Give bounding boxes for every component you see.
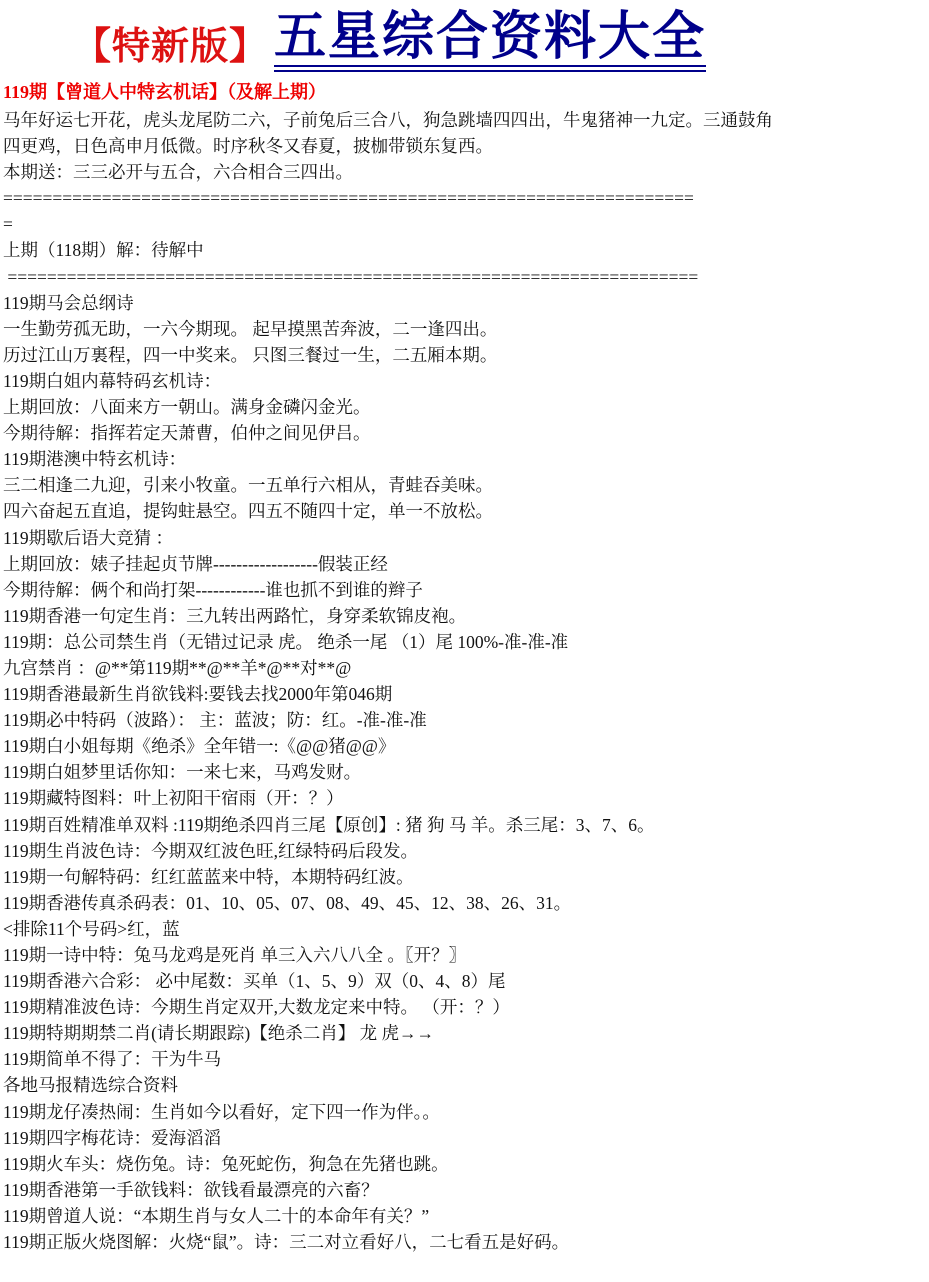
text-line: 119期香港一句定生肖：三九转出两路忙，身穿柔软锦皮袍。 (3, 603, 929, 629)
text-line: 今期待解：俩个和尚打架------------谁也抓不到谁的辫子 (3, 577, 929, 603)
text-line: 119期香港第一手欲钱料：欲钱看最漂亮的六畜？ (3, 1177, 929, 1203)
text-line: 上期（118期）解：待解中 (3, 237, 929, 263)
content-body: 马年好运七开花，虎头龙尾防二六，子前兔后三合八，狗急跳墙四四出，牛鬼猪神一九定。… (3, 107, 929, 1255)
text-line: 119期白姐梦里话你知：一来七来，马鸡发财。 (3, 759, 929, 785)
text-line: 119期白姐内幕特码玄机诗： (3, 368, 929, 394)
text-line: 119期一诗中特：兔马龙鸡是死肖 单三入六八八全 。〖开？〗 (3, 942, 929, 968)
lottery-info-sheet: 【特新版】 五星综合资料大全 119期【曾道人中特玄机话】（及解上期） 马年好运… (0, 0, 929, 1255)
text-line: 上期回放：婊子挂起贞节牌------------------假装正经 (3, 551, 929, 577)
separator-line: = (3, 211, 929, 237)
text-line: 119期龙仔凑热闹：生肖如今以看好，定下四一作为伴。。 (3, 1099, 929, 1125)
text-line: 119期白小姐每期《绝杀》全年错一:《@@猪@@》 (3, 733, 929, 759)
text-line: 119期百姓精准单双料 :119期绝杀四肖三尾【原创】: 猪 狗 马 羊。杀三尾… (3, 812, 929, 838)
page-header: 【特新版】 五星综合资料大全 (3, 6, 929, 78)
text-line: 历过江山万裏程，四一中奖来。 只图三餐过一生，二五厢本期。 (3, 342, 929, 368)
text-line: 119期歇后语大竞猜 ： (3, 525, 929, 551)
separator-line: ========================================… (3, 185, 929, 211)
text-line: 119期香港传真杀码表：01、10、05、07、08、49、45、12、38、2… (3, 890, 929, 916)
text-line: 119期正版火烧图解：火烧“鼠”。诗：三二对立看好八，二七看五是好码。 (3, 1229, 929, 1255)
issue-subtitle: 119期【曾道人中特玄机话】（及解上期） (3, 80, 929, 104)
separator-line: ========================================… (3, 264, 929, 290)
page-title: 五星综合资料大全 (274, 12, 706, 72)
text-line: 九宫禁肖 ：@**第119期**@**羊*@**对**@ (3, 655, 929, 681)
text-line: 119期简单不得了：干为牛马 (3, 1046, 929, 1072)
text-line: <排除11个号码>红，蓝 (3, 916, 929, 942)
text-line: 四更鸡，日色高申月低微。时序秋冬又春夏，披枷带锁东复西。 (3, 133, 929, 159)
text-line: 马年好运七开花，虎头龙尾防二六，子前兔后三合八，狗急跳墙四四出，牛鬼猪神一九定。… (3, 107, 929, 133)
text-line: 119期生肖波色诗：今期双红波色旺,红绿特码后段发。 (3, 838, 929, 864)
text-line: 119期：总公司禁生肖（无错过记录 虎。 绝杀一尾 （1）尾 100%-准-准-… (3, 629, 929, 655)
text-line: 四六奋起五直追，提钩蛀悬空。四五不随四十定，单一不放松。 (3, 498, 929, 524)
text-line: 今期待解：指挥若定天萧曹，伯仲之间见伊吕。 (3, 420, 929, 446)
text-line: 119期曾道人说：“本期生肖与女人二十的本命年有关？” (3, 1203, 929, 1229)
edition-badge: 【特新版】 (73, 15, 268, 70)
text-line: 119期香港六合彩： 必中尾数：买单（1、5、9）双（0、4、8）尾 (3, 968, 929, 994)
text-line: 119期精准波色诗：今期生肖定双开,大数龙定来中特。 （开：？） (3, 994, 929, 1020)
text-line: 119期四字梅花诗：爱海滔滔 (3, 1125, 929, 1151)
text-line: 119期一句解特码：红红蓝蓝来中特，本期特码红波。 (3, 864, 929, 890)
text-line: 119期特期期禁二肖(请长期跟踪)【绝杀二肖】 龙 虎→→ (3, 1020, 929, 1046)
text-line: 119期必中特码（波路）： 主：蓝波；防：红。-准-准-准 (3, 707, 929, 733)
text-line: 本期送：三三必开与五合，六合相合三四出。 (3, 159, 929, 185)
text-line: 119期马会总纲诗 (3, 290, 929, 316)
text-line: 119期藏特图料：叶上初阳干宿雨（开：？） (3, 785, 929, 811)
text-line: 一生勤劳孤无助，一六今期现。 起早摸黑苦奔波，二一逢四出。 (3, 316, 929, 342)
text-line: 三二相逢二九迎，引来小牧童。一五单行六相从，青蛙吞美味。 (3, 472, 929, 498)
text-line: 上期回放：八面来方一朝山。满身金磷闪金光。 (3, 394, 929, 420)
text-line: 各地马报精选综合资料 (3, 1072, 929, 1098)
text-line: 119期香港最新生肖欲钱料:要钱去找2000年第046期 (3, 681, 929, 707)
text-line: 119期港澳中特玄机诗： (3, 446, 929, 472)
text-line: 119期火车头：烧伤兔。诗：兔死蛇伤，狗急在先猪也跳。 (3, 1151, 929, 1177)
